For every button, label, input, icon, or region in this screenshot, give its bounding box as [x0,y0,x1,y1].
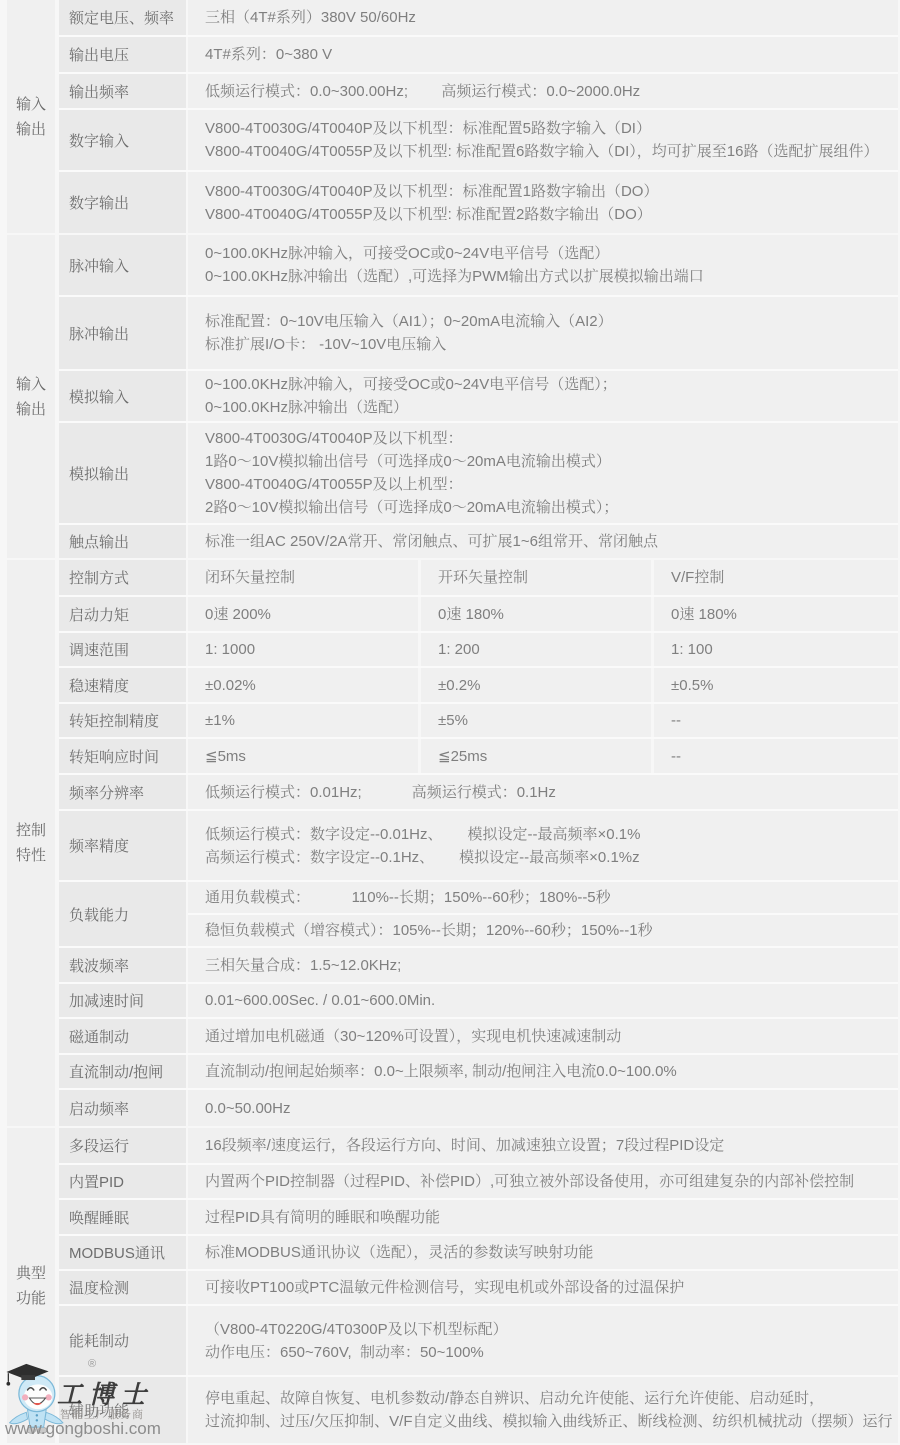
table-row: 控制方式闭环矢量控制开环矢量控制V/F控制 [59,560,898,597]
spec-group: 输入输出脉冲输入0~100.0KHz脉冲输入，可接受OC或0~24V电平信号（选… [7,235,898,558]
table-row: 模拟输入0~100.0KHz脉冲输入，可接受OC或0~24V电平信号（选配）；0… [59,371,898,423]
row-value-cell: V800-4T0030G/4T0040P及以下机型：标准配置5路数字输入（DI）… [188,110,898,170]
table-row: 直流制动/抱闸直流制动/抱闸起始频率：0.0~上限频率, 制动/抱闸注入电流0.… [59,1055,898,1090]
row-label-cell: 启动力矩 [59,597,186,631]
value-text: ±0.5% [654,674,713,697]
value-subcell: 0速 180% [421,597,651,631]
value-subcell: 0速 200% [188,597,418,631]
row-value-cell: 低频运行模式：0.01Hz; 高频运行模式：0.1Hz [188,775,898,809]
row-label-cell: 频率分辨率 [59,775,186,809]
value-line: 三相矢量合成：1.5~12.0KHz; [188,954,898,977]
value-line: 16段频率/速度运行，各段运行方向、时间、加减速独立设置；7段过程PID设定 [188,1134,898,1157]
value-subcell: ±0.5% [654,668,898,702]
value-subcell: 1: 1000 [188,633,418,666]
value-text: 0速 180% [421,603,504,626]
table-row: 脉冲输出标准配置：0~10V电压输入（AI1）；0~20mA电流输入（AI2）标… [59,297,898,371]
row-value-columns: ±0.02%±0.2%±0.5% [188,668,898,702]
value-text: 1: 1000 [188,638,255,661]
group-rows: 控制方式闭环矢量控制开环矢量控制V/F控制启动力矩0速 200%0速 180%0… [59,560,898,1126]
row-label-cell: 能耗制动 [59,1306,186,1375]
row-label: 输出频率 [69,81,129,102]
group-label: 输入输出 [16,92,46,142]
group-rows: 额定电压、频率三相（4T#系列）380V 50/60Hz输出电压4T#系列：0~… [59,0,898,233]
row-label-cell: 磁通制动 [59,1019,186,1053]
value-subcell: ±0.2% [421,668,651,702]
value-subcell: -- [654,739,898,773]
row-label: 频率精度 [69,835,129,856]
value-line: 直流制动/抱闸起始频率：0.0~上限频率, 制动/抱闸注入电流0.0~100.0… [188,1060,898,1083]
value-line: 标准一组AC 250V/2A常开、常闭触点、可扩展1~6组常开、常闭触点 [188,530,898,553]
group-label: 输入输出 [16,372,46,422]
value-subcell: ≦25ms [421,739,651,773]
value-line: 低频运行模式：0.01Hz; 高频运行模式：0.1Hz [188,781,898,804]
row-label: 温度检测 [69,1277,129,1298]
row-label: 转矩响应时间 [69,746,159,767]
row-value-cell: V800-4T0030G/4T0040P及以下机型：标准配置1路数字输出（DO）… [188,172,898,233]
table-row: 稳速精度±0.02%±0.2%±0.5% [59,668,898,704]
row-label-cell: 触点输出 [59,525,186,558]
value-text: -- [654,745,681,768]
value-line: 内置两个PID控制器（过程PID、补偿PID）,可独立被外部设备使用，亦可组建复… [188,1170,898,1193]
value-line: V800-4T0030G/4T0040P及以下机型：标准配置1路数字输出（DO） [188,180,898,203]
table-row: 载波频率三相矢量合成：1.5~12.0KHz; [59,948,898,984]
row-label: 启动力矩 [69,604,129,625]
row-label: MODBUS通讯 [69,1242,165,1263]
row-value-cell: 通用负载模式： 110%--长期；150%--60秒；180%--5秒稳恒负载模… [188,882,898,946]
row-label: 数字输入 [69,130,129,151]
table-row: 输出频率低频运行模式：0.0~300.00Hz; 高频运行模式：0.0~2000… [59,74,898,110]
row-value-cell: 直流制动/抱闸起始频率：0.0~上限频率, 制动/抱闸注入电流0.0~100.0… [188,1055,898,1088]
row-label-cell: 脉冲输入 [59,235,186,295]
value-subcell: ±5% [421,704,651,737]
table-row: 输出电压4T#系列：0~380 V [59,37,898,74]
value-line: 0~100.0KHz脉冲输入，可接受OC或0~24V电平信号（选配） [188,242,898,265]
row-value-cell: （V800-4T0220G/4T0300P及以下机型标配）动作电压：650~76… [188,1306,898,1375]
row-label-cell: 温度检测 [59,1271,186,1304]
spec-group: 输入输出额定电压、频率三相（4T#系列）380V 50/60Hz输出电压4T#系… [7,0,898,233]
table-row: 数字输入V800-4T0030G/4T0040P及以下机型：标准配置5路数字输入… [59,110,898,172]
row-label-cell: 数字输入 [59,110,186,170]
row-label: 能耗制动 [69,1330,129,1351]
table-row: MODBUS通讯标准MODBUS通讯协议（选配），灵活的参数读写映射功能 [59,1236,898,1271]
value-subcell: 1: 200 [421,633,651,666]
row-label-cell: 辅助功能 [59,1377,186,1443]
table-row: 磁通制动通过增加电机磁通（30~120%可设置），实现电机快速减速制动 [59,1019,898,1055]
value-line: 2路0～10V模拟输出信号（可选择成0～20mA电流输出模式）； [188,496,898,519]
spec-group: 控制特性控制方式闭环矢量控制开环矢量控制V/F控制启动力矩0速 200%0速 1… [7,560,898,1126]
value-line: V800-4T0040G/4T0055P及以下机型: 标准配置6路数字输入（DI… [188,140,898,163]
table-row: 额定电压、频率三相（4T#系列）380V 50/60Hz [59,0,898,37]
row-value-columns: ≦5ms≦25ms-- [188,739,898,773]
row-label-cell: 加减速时间 [59,984,186,1017]
table-row: 启动力矩0速 200%0速 180%0速 180% [59,597,898,633]
row-value-cell: 过程PID具有简明的睡眠和唤醒功能 [188,1200,898,1234]
value-line: 0.0~50.00Hz [188,1097,898,1120]
row-value-cell: 4T#系列：0~380 V [188,37,898,72]
table-row: 调速范围1: 10001: 2001: 100 [59,633,898,668]
value-line: 0.01~600.00Sec. / 0.01~600.0Min. [188,989,898,1012]
value-line: 稳恒负载模式（增容模式）：105%--长期；120%--60秒；150%--1秒 [188,915,898,946]
value-line: 标准配置：0~10V电压输入（AI1）；0~20mA电流输入（AI2） [188,310,898,333]
row-label: 额定电压、频率 [69,7,174,28]
value-text: ±0.2% [421,674,480,697]
value-line: 通过增加电机磁通（30~120%可设置），实现电机快速减速制动 [188,1025,898,1048]
row-value-cell: 标准配置：0~10V电压输入（AI1）；0~20mA电流输入（AI2）标准扩展I… [188,297,898,369]
row-label-cell: 模拟输入 [59,371,186,421]
row-label-cell: 输出电压 [59,37,186,72]
table-row: 能耗制动（V800-4T0220G/4T0300P及以下机型标配）动作电压：65… [59,1306,898,1377]
value-text: 开环矢量控制 [421,566,528,589]
row-label: 磁通制动 [69,1026,129,1047]
group-label: 典型功能 [16,1261,46,1311]
group-cell: 输入输出 [7,0,55,233]
row-label: 直流制动/抱闸 [69,1061,163,1082]
row-label: 数字输出 [69,192,129,213]
row-label-cell: 唤醒睡眠 [59,1200,186,1234]
row-label: 负载能力 [69,904,129,925]
value-line: 0~100.0KHz脉冲输出（选配）,可选择为PWM输出方式以扩展模拟输出端口 [188,265,898,288]
value-text: ≦5ms [188,745,246,768]
table-row: 加减速时间0.01~600.00Sec. / 0.01~600.0Min. [59,984,898,1019]
row-label: 触点输出 [69,531,129,552]
row-value-cell: 内置两个PID控制器（过程PID、补偿PID）,可独立被外部设备使用，亦可组建复… [188,1165,898,1198]
vfd-spec-sheet: 输入输出额定电压、频率三相（4T#系列）380V 50/60Hz输出电压4T#系… [0,0,900,1445]
row-label: 加减速时间 [69,990,144,1011]
value-line: 低频运行模式：数字设定--0.01Hz、 模拟设定--最高频率×0.1% [188,823,898,846]
value-line: V800-4T0040G/4T0055P及以下机型: 标准配置2路数字输出（DO… [188,203,898,226]
row-value-cell: 停电重起、故障自恢复、电机参数动/静态自辨识、启动允许使能、运行允许使能、启动延… [188,1377,898,1443]
value-text: V/F控制 [654,566,724,589]
value-line: 标准MODBUS通讯协议（选配），灵活的参数读写映射功能 [188,1241,898,1264]
group-label: 控制特性 [16,818,46,868]
value-line: 0~100.0KHz脉冲输入，可接受OC或0~24V电平信号（选配）； [188,373,898,396]
value-subcell: ±1% [188,704,418,737]
value-subcell: V/F控制 [654,560,898,595]
row-value-cell: 16段频率/速度运行，各段运行方向、时间、加减速独立设置；7段过程PID设定 [188,1128,898,1163]
row-label-cell: 额定电压、频率 [59,0,186,35]
value-text: 1: 100 [654,638,713,661]
value-text: ≦25ms [421,745,487,768]
group-rows: 脉冲输入0~100.0KHz脉冲输入，可接受OC或0~24V电平信号（选配）0~… [59,235,898,558]
row-value-cell: V800-4T0030G/4T0040P及以下机型：1路0～10V模拟输出信号（… [188,423,898,523]
row-value-cell: 低频运行模式：0.0~300.00Hz; 高频运行模式：0.0~2000.0Hz [188,74,898,108]
table-row: 数字输出V800-4T0030G/4T0040P及以下机型：标准配置1路数字输出… [59,172,898,233]
row-value-cell: 三相（4T#系列）380V 50/60Hz [188,0,898,35]
row-value-columns: ±1%±5%-- [188,704,898,737]
group-cell: 典型功能 [7,1128,55,1443]
value-line: 1路0～10V模拟输出信号（可选择成0～20mA电流输出模式） [188,450,898,473]
value-subcell: 闭环矢量控制 [188,560,418,595]
row-label: 控制方式 [69,567,129,588]
row-label-cell: 调速范围 [59,633,186,666]
row-value-cell: 0~100.0KHz脉冲输入，可接受OC或0~24V电平信号（选配）0~100.… [188,235,898,295]
value-subcell: 1: 100 [654,633,898,666]
row-label-cell: 内置PID [59,1165,186,1198]
row-label: 频率分辨率 [69,782,144,803]
row-label: 转矩控制精度 [69,710,159,731]
value-subcell: ±0.02% [188,668,418,702]
row-label: 辅助功能 [69,1400,129,1421]
row-label: 唤醒睡眠 [69,1207,129,1228]
table-row: 温度检测可接收PT100或PTC温敏元件检测信号，实现电机或外部设备的过温保护 [59,1271,898,1306]
row-value-columns: 1: 10001: 2001: 100 [188,633,898,666]
row-label: 内置PID [69,1171,124,1192]
table-row: 负载能力通用负载模式： 110%--长期；150%--60秒；180%--5秒稳… [59,882,898,948]
value-line: 低频运行模式：0.0~300.00Hz; 高频运行模式：0.0~2000.0Hz [188,80,898,103]
value-line: 高频运行模式：数字设定--0.1Hz、 模拟设定--最高频率×0.1%z [188,846,898,869]
table-row: 转矩控制精度±1%±5%-- [59,704,898,739]
table-row: 辅助功能停电重起、故障自恢复、电机参数动/静态自辨识、启动允许使能、运行允许使能… [59,1377,898,1443]
value-line: 可接收PT100或PTC温敏元件检测信号，实现电机或外部设备的过温保护 [188,1276,898,1299]
value-line: 标准扩展I/O卡： -10V~10V电压输入 [188,333,898,356]
row-label: 脉冲输入 [69,255,129,276]
row-value-cell: 0~100.0KHz脉冲输入，可接受OC或0~24V电平信号（选配）；0~100… [188,371,898,421]
value-line: 动作电压：650~760V, 制动率：50~100% [188,1341,898,1364]
row-value-columns: 0速 200%0速 180%0速 180% [188,597,898,631]
value-line: （V800-4T0220G/4T0300P及以下机型标配） [188,1318,898,1341]
value-line: 0~100.0KHz脉冲输出（选配） [188,396,898,419]
value-text: 1: 200 [421,638,480,661]
row-label: 启动频率 [69,1098,129,1119]
value-text: 0速 200% [188,603,271,626]
spec-group: 典型功能多段运行16段频率/速度运行，各段运行方向、时间、加减速独立设置；7段过… [7,1128,898,1443]
value-text: ±0.02% [188,674,256,697]
value-text: ±5% [421,709,468,732]
row-value-cell: 低频运行模式：数字设定--0.01Hz、 模拟设定--最高频率×0.1%高频运行… [188,811,898,880]
row-label-cell: 直流制动/抱闸 [59,1055,186,1088]
row-label: 稳速精度 [69,675,129,696]
value-subcell: 开环矢量控制 [421,560,651,595]
row-label-cell: 转矩响应时间 [59,739,186,773]
table-row: 触点输出标准一组AC 250V/2A常开、常闭触点、可扩展1~6组常开、常闭触点 [59,525,898,558]
table-row: 多段运行16段频率/速度运行，各段运行方向、时间、加减速独立设置；7段过程PID… [59,1128,898,1165]
row-label-cell: 频率精度 [59,811,186,880]
table-row: 唤醒睡眠过程PID具有简明的睡眠和唤醒功能 [59,1200,898,1236]
row-value-cell: 0.01~600.00Sec. / 0.01~600.0Min. [188,984,898,1017]
row-label: 多段运行 [69,1135,129,1156]
table-row: 启动频率0.0~50.00Hz [59,1090,898,1126]
row-label-cell: 输出频率 [59,74,186,108]
table-row: 频率精度低频运行模式：数字设定--0.01Hz、 模拟设定--最高频率×0.1%… [59,811,898,882]
row-value-cell: 可接收PT100或PTC温敏元件检测信号，实现电机或外部设备的过温保护 [188,1271,898,1304]
value-line: 三相（4T#系列）380V 50/60Hz [188,6,898,29]
row-label-cell: MODBUS通讯 [59,1236,186,1269]
row-value-cell: 0.0~50.00Hz [188,1090,898,1126]
row-label-cell: 多段运行 [59,1128,186,1163]
table-row: 频率分辨率低频运行模式：0.01Hz; 高频运行模式：0.1Hz [59,775,898,811]
table-row: 内置PID内置两个PID控制器（过程PID、补偿PID）,可独立被外部设备使用，… [59,1165,898,1200]
spec-table: 输入输出额定电压、频率三相（4T#系列）380V 50/60Hz输出电压4T#系… [7,0,898,1443]
row-label-cell: 脉冲输出 [59,297,186,369]
group-cell: 输入输出 [7,235,55,558]
value-line: 4T#系列：0~380 V [188,43,898,66]
table-row: 模拟输出V800-4T0030G/4T0040P及以下机型：1路0～10V模拟输… [59,423,898,525]
value-line: 过程PID具有简明的睡眠和唤醒功能 [188,1206,898,1229]
row-label-cell: 负载能力 [59,882,186,946]
value-line: 通用负载模式： 110%--长期；150%--60秒；180%--5秒 [188,882,898,915]
row-label-cell: 控制方式 [59,560,186,595]
value-line: 停电重起、故障自恢复、电机参数动/静态自辨识、启动允许使能、运行允许使能、启动延… [188,1387,898,1410]
group-rows: 多段运行16段频率/速度运行，各段运行方向、时间、加减速独立设置；7段过程PID… [59,1128,898,1443]
row-label: 模拟输出 [69,463,129,484]
row-label: 调速范围 [69,639,129,660]
value-line: V800-4T0030G/4T0040P及以下机型：标准配置5路数字输入（DI） [188,117,898,140]
row-value-cell: 通过增加电机磁通（30~120%可设置），实现电机快速减速制动 [188,1019,898,1053]
row-label: 模拟输入 [69,386,129,407]
row-label-cell: 启动频率 [59,1090,186,1126]
row-value-cell: 三相矢量合成：1.5~12.0KHz; [188,948,898,982]
value-text: 闭环矢量控制 [188,566,295,589]
value-line: V800-4T0040G/4T0055P及以上机型： [188,473,898,496]
table-row: 脉冲输入0~100.0KHz脉冲输入，可接受OC或0~24V电平信号（选配）0~… [59,235,898,297]
row-label: 脉冲输出 [69,323,129,344]
row-value-cell: 标准一组AC 250V/2A常开、常闭触点、可扩展1~6组常开、常闭触点 [188,525,898,558]
value-subcell: 0速 180% [654,597,898,631]
group-cell: 控制特性 [7,560,55,1126]
row-value-cell: 标准MODBUS通讯协议（选配），灵活的参数读写映射功能 [188,1236,898,1269]
row-label-cell: 数字输出 [59,172,186,233]
row-label-cell: 载波频率 [59,948,186,982]
row-label-cell: 转矩控制精度 [59,704,186,737]
row-label-cell: 稳速精度 [59,668,186,702]
value-text: 0速 180% [654,603,737,626]
value-text: -- [654,709,681,732]
value-subcell: ≦5ms [188,739,418,773]
row-label-cell: 模拟输出 [59,423,186,523]
value-line: 过流抑制、过压/欠压抑制、V/F自定义曲线、模拟输入曲线矫正、断线检测、纺织机械… [188,1410,898,1433]
value-subcell: -- [654,704,898,737]
row-value-columns: 闭环矢量控制开环矢量控制V/F控制 [188,560,898,595]
row-label: 载波频率 [69,955,129,976]
row-label: 输出电压 [69,44,129,65]
value-line: V800-4T0030G/4T0040P及以下机型： [188,427,898,450]
table-row: 转矩响应时间≦5ms≦25ms-- [59,739,898,775]
value-text: ±1% [188,709,235,732]
